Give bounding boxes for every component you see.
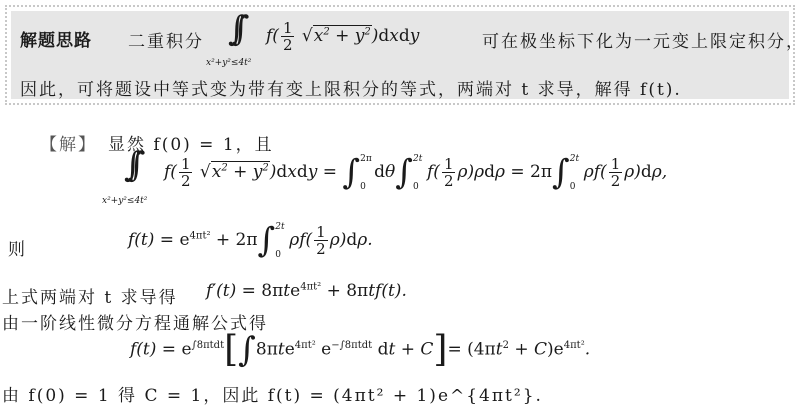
solution-label: 【解】 [40, 130, 97, 155]
hint-line2: 因此，可将题设中等式变为带有变上限积分的等式，两端对 t 求导，解得 f(t). [20, 75, 682, 100]
solution-line3-text: 上式两端对 t 求导得 [2, 283, 178, 308]
solution-line3-equation: f′(t) = 8πte4πt² + 8πtf(t). [206, 281, 407, 301]
eq3-equation: f(t) = e∫8πtdt[∫8πte4πt² e−∫8πtdt dt + C… [130, 335, 590, 365]
double-integral-symbol: ∫∫ [124, 145, 131, 185]
eq1-region: x²+y²≤4t² [102, 196, 147, 206]
eq1-double-integral: ∫∫ [124, 150, 131, 180]
eq2-equation: f(t) = e4πt² + 2π∫2t0ρf(12ρ)dρ. [128, 224, 373, 257]
eq1-equation: f(12 √x2 + y2)dxdy = ∫2π0dθ∫2t0f(12ρ)ρdρ… [164, 156, 667, 189]
solution-line5: 由 f(0) = 1 得 C = 1，因此 f(t) = (4πt² + 1)e… [2, 381, 543, 406]
hint-region: x²+y²≤4t² [206, 58, 251, 68]
hint-title: 解题思路 [20, 26, 92, 51]
hint-double-integral: ∫∫ [228, 14, 235, 44]
double-integral-symbol: ∫∫ [228, 9, 235, 49]
solution-line1: 显然 f(0) = 1，且 [108, 130, 274, 155]
hint-integrand: f(12 √x2 + y2)dxdy [266, 20, 419, 53]
hint-lead: 二重积分 [128, 27, 204, 52]
hint-line1-tail: 可在极坐标下化为一元变上限定积分， [482, 27, 804, 52]
then-label: 则 [8, 235, 27, 260]
